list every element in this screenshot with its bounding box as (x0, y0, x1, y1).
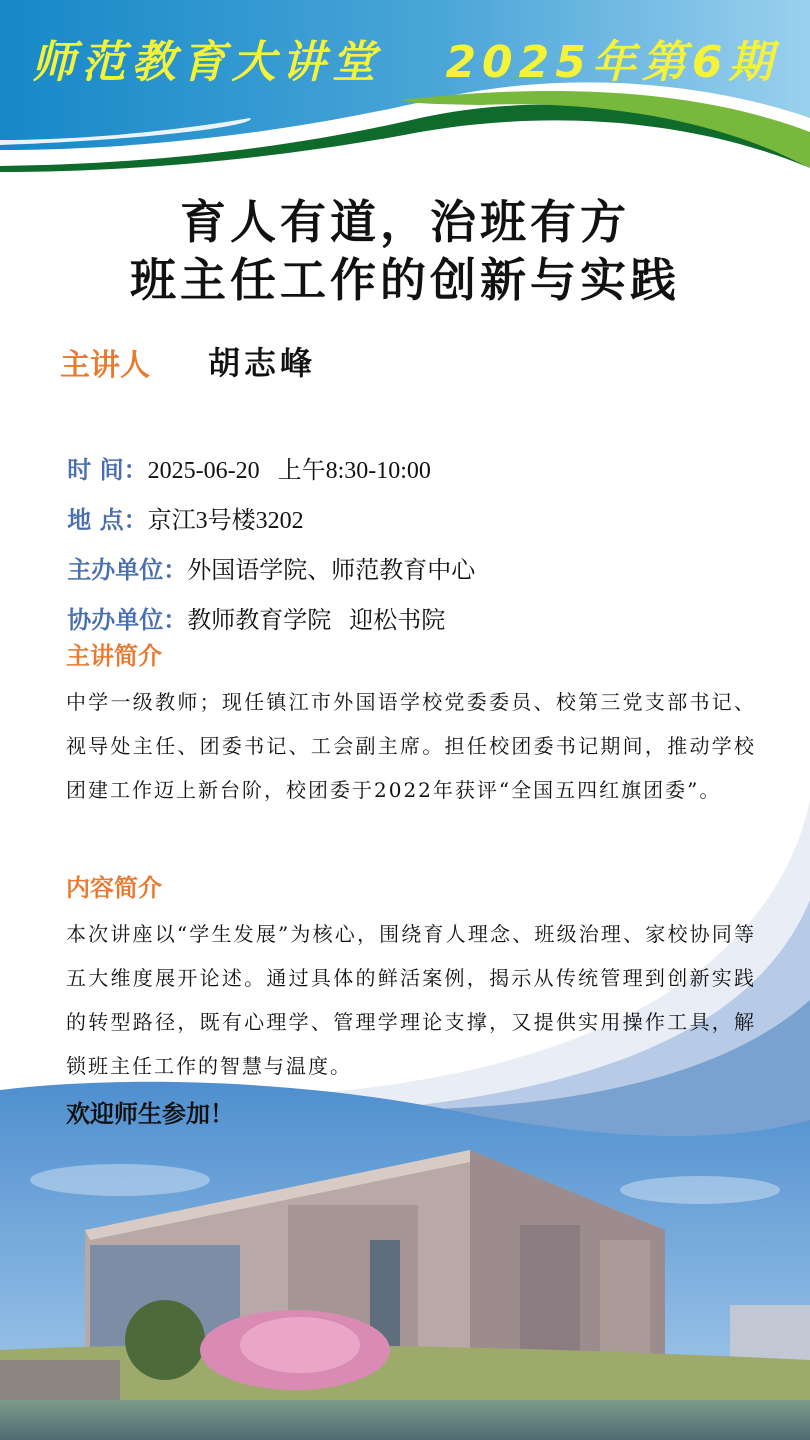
lecture-title-line-2: 班主任工作的创新与实践 (0, 244, 810, 310)
co-host-value: 教师教育学院 迎松书院 (187, 608, 445, 634)
lecture-title-line-1: 育人有道，治班有方 (0, 186, 810, 252)
welcome-text: 欢迎师生参加！ (66, 1094, 234, 1129)
co-host-label: 协办单位： (67, 605, 187, 634)
info-row-co-host: 协办单位：教师教育学院 迎松书院 (52, 572, 445, 635)
speaker-name: 胡志峰 (208, 338, 316, 384)
series-title: 师范教育大讲堂 2025年第6期 (0, 26, 810, 90)
content-heading: 内容简介 (66, 868, 162, 903)
speaker-label: 主讲人 (60, 340, 150, 384)
bio-text: 中学一级教师；现任镇江市外国语学校党委委员、校第三党支部书记、视导处主任、团委书… (66, 680, 756, 812)
content-text: 本次讲座以“学生发展”为核心，围绕育人理念、班级治理、家校协同等五大维度展开论述… (66, 912, 756, 1088)
bio-heading: 主讲简介 (66, 636, 162, 671)
